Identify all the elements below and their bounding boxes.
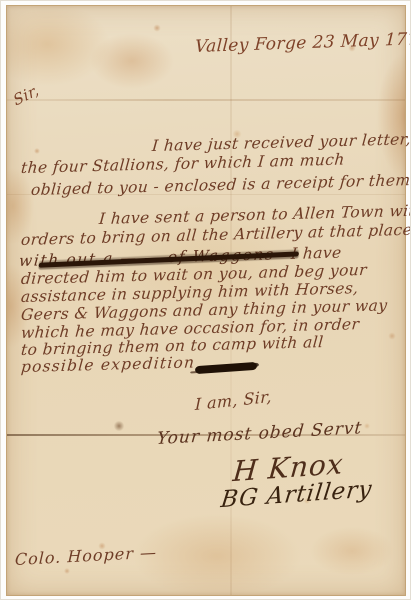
letter-paper: Valley Forge 23 May 1778 Sir, I have jus…: [6, 5, 406, 596]
scanned-letter-image: Valley Forge 23 May 1778 Sir, I have jus…: [0, 0, 411, 600]
closing-line: I am, Sir,: [195, 387, 272, 414]
ink-dash-mark: [195, 362, 257, 374]
body-line: I have just received your letter, with: [151, 129, 411, 155]
docket-addressee: Colo. Hooper —: [15, 543, 158, 570]
dateline: Valley Forge 23 May 1778: [194, 29, 411, 57]
salutation: Sir,: [11, 81, 41, 110]
fold-crease-horizontal-top: [7, 99, 405, 101]
closing-line: Your most obed Servt: [156, 418, 363, 449]
body-line: possible expedition: [20, 353, 196, 376]
body-line: orders to bring on all the Artillery at …: [20, 221, 411, 249]
